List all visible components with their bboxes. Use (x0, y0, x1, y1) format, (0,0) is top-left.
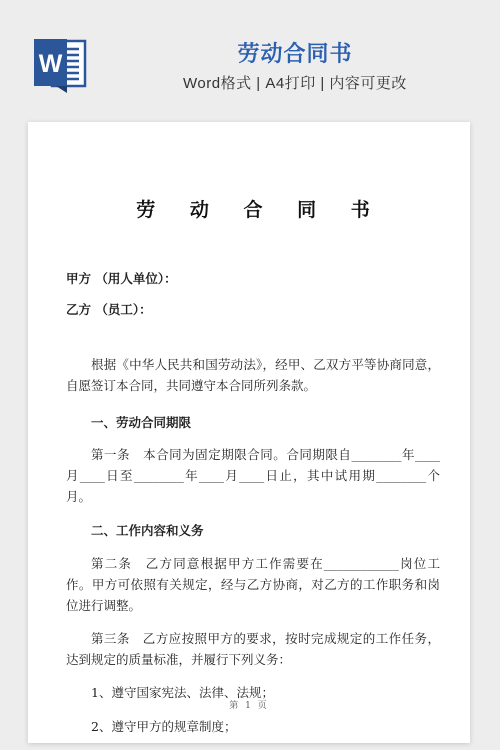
section-1-heading: 一、劳动合同期限 (66, 412, 440, 433)
section-2-heading: 二、工作内容和义务 (66, 520, 440, 541)
word-icon-letter: W (39, 50, 63, 78)
template-title: 劳动合同书 (90, 42, 500, 66)
party-a-line: 甲方 （用人单位）： (66, 268, 440, 289)
intro-paragraph: 根据《中华人民共和国劳动法》，经甲、乙双方平等协商同意，自愿签订本合同，共同遵守… (66, 354, 440, 396)
document-title: 劳 动 合 同 书 (66, 198, 440, 222)
word-file-icon-svg: W (31, 36, 89, 94)
header-text-block: 劳动合同书 Word格式 | A4打印 | 内容可更改 (90, 42, 500, 92)
article-3-paragraph: 第三条 乙方应按照甲方的要求，按时完成规定的工作任务，达到规定的质量标准，并履行… (66, 628, 440, 670)
template-subtitle: Word格式 | A4打印 | 内容可更改 (90, 75, 500, 92)
preview-header: W 劳动合同书 Word格式 | A4打印 | 内容可更改 (0, 0, 500, 122)
document-page: 劳 动 合 同 书 甲方 （用人单位）： 乙方 （员工）： 根据《中华人民共和国… (28, 122, 470, 743)
template-preview-screen: W 劳动合同书 Word格式 | A4打印 | 内容可更改 劳 动 合 同 书 … (0, 0, 500, 750)
obligation-item-2: 2、遵守甲方的规章制度； (66, 716, 440, 737)
article-2-paragraph: 第二条 乙方同意根据甲方工作需要在____________岗位工作。甲方可依照有… (66, 553, 440, 616)
article-1-paragraph: 第一条 本合同为固定期限合同。合同期限自________年____月____日至… (66, 444, 440, 507)
page-number: 第 1 页 (28, 698, 470, 711)
word-file-icon: W (31, 36, 89, 94)
party-b-line: 乙方 （员工）： (66, 299, 440, 320)
